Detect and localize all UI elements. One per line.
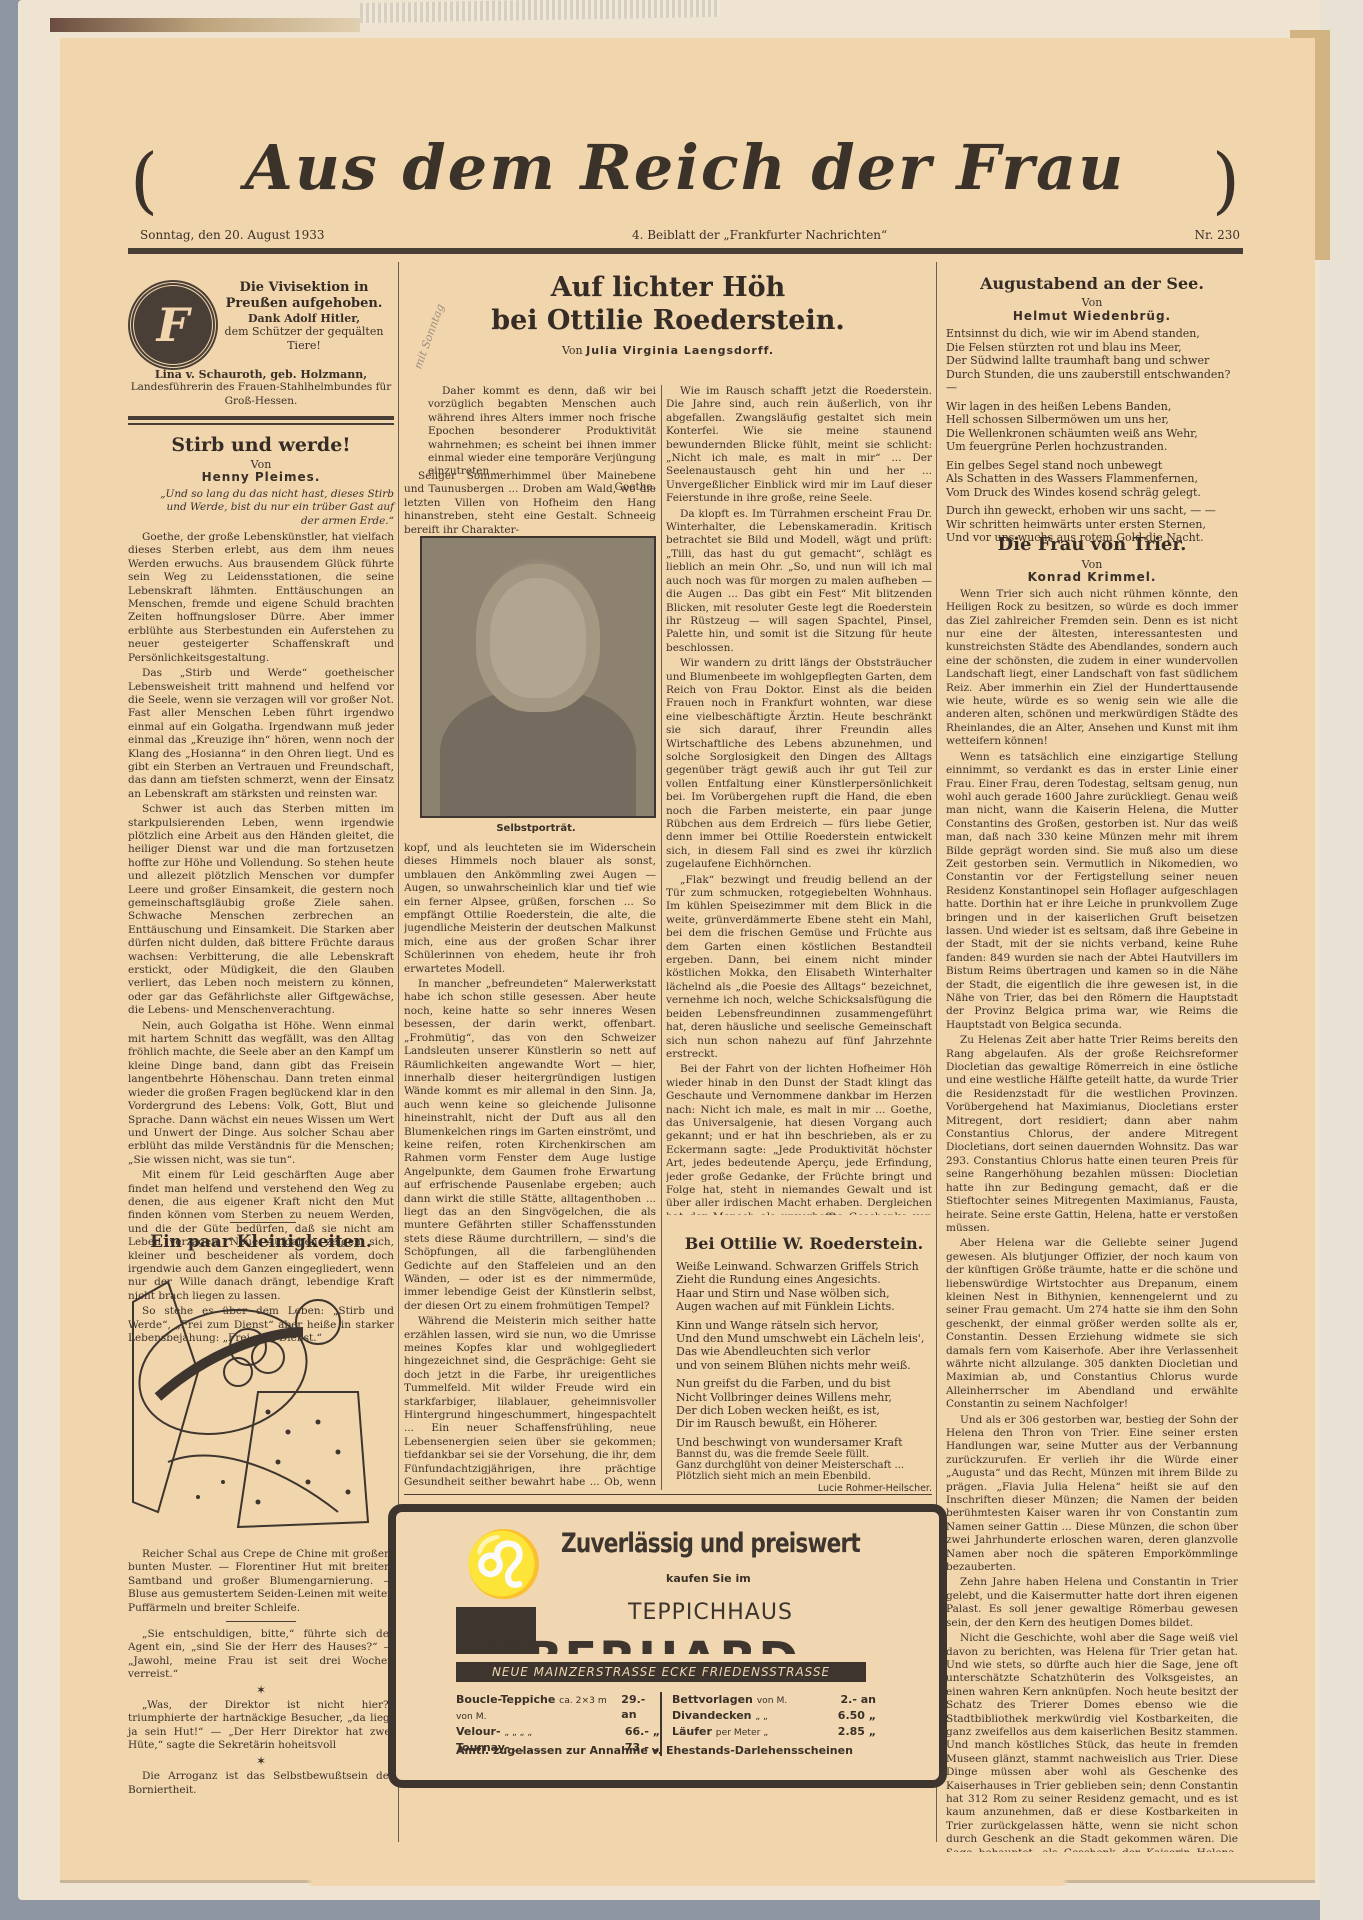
ad-lower-panel: NEUE MAINZERSTRASSE ECKE FRIEDENSSTRASSE… <box>388 1654 947 1788</box>
article-stirb-und-werde: Stirb und werde! Von Henny Pleimes. „Und… <box>128 432 394 1347</box>
vivisection-notice: Die Vivisektion in Preußen aufgehoben. D… <box>214 280 394 352</box>
poem-augustabend: Augustabend an der See. Von Helmut Wiede… <box>946 272 1238 545</box>
price-item: Bettvorlagen <box>672 1693 753 1706</box>
poem-line: Dir im Rausch bewußt, ein Höherer. <box>676 1417 932 1430</box>
paragraph: Goethe, der große Lebenskünstler, hat vi… <box>128 531 394 665</box>
price-row: Läufer per Meter „2.85 „ <box>672 1724 876 1740</box>
fashion-and-jokes: Reicher Schal aus Crepe de Chine mit gro… <box>128 1548 394 1799</box>
byline-author: Julia Virginia Laengsdorff. <box>586 344 774 357</box>
poem-stanza: Kinn und Wange rätseln sich hervor, Und … <box>676 1319 932 1373</box>
paragraph: Das „Stirb und Werde“ goetheischer Leben… <box>128 667 394 801</box>
illustration-caption: Reicher Schal aus Crepe de Chine mit gro… <box>128 1548 394 1615</box>
poem-line: Ein gelbes Segel stand noch unbewegt <box>946 459 1238 473</box>
poem-line: Der Südwind lallte traumhaft bang und sc… <box>946 354 1238 368</box>
poem-stanza: Wir lagen in des heißen Lebens Banden, H… <box>946 400 1238 454</box>
notice-heading-2: Preußen aufgehoben. <box>214 296 394 312</box>
paragraph: Während die Meisterin mich seither hatte… <box>404 1315 656 1487</box>
paragraph: Zehn Jahre haben Helena und Constantin i… <box>946 1576 1238 1630</box>
fashion-title-block: Ein paar Kleinigkeiten. <box>128 1230 394 1254</box>
paragraph: Schwer ist auch das Sterben mitten im st… <box>128 803 394 1018</box>
column-divider <box>661 385 662 1490</box>
price-row: Boucle-Teppiche ca. 2×3 m von M.29.- an <box>456 1692 660 1724</box>
poem-line: Durch ihn geweckt, erhoben wir uns sacht… <box>946 504 1238 518</box>
poem-line: Haar und Stirn und Nase wölben sich, <box>676 1287 932 1300</box>
price-row: Bettvorlagen von M.2.- an <box>672 1692 876 1708</box>
ad-shop-type: TEPPICHHAUS <box>628 1600 793 1625</box>
price-item: Velour- <box>456 1725 501 1738</box>
paragraph: Nicht die Geschichte, wohl aber die Sage… <box>946 1632 1238 1852</box>
poem-line: Entsinnst du dich, wie wir im Abend stan… <box>946 327 1238 341</box>
article-roederstein-header: Auf lichter Höh bei Ottilie Roederstein.… <box>404 272 932 357</box>
price-value: 66.- „ <box>625 1724 660 1740</box>
ad-footer: Amtl. zugelassen zur Annahme v. Ehestand… <box>456 1744 853 1757</box>
notice-heading-1: Die Vivisektion in <box>214 280 394 296</box>
notice-signature: Lina v. Schauroth, geb. Holzmann, <box>128 368 394 381</box>
ad-subline: kaufen Sie im <box>666 1572 751 1585</box>
lion-logo-icon: ♌ <box>464 1530 544 1600</box>
adjacent-page <box>1320 0 1363 1920</box>
issue-number: Nr. 230 <box>1195 228 1240 248</box>
poem-title: Bei Ottilie W. Roederstein. <box>676 1232 932 1256</box>
masthead: ( Aus dem Reich der Frau ) <box>110 128 1260 208</box>
poem-line: Vom Druck des Windes kosend schräg geleg… <box>946 486 1238 500</box>
paragraph: Zu Helenas Zeit aber hatte Trier Reims b… <box>946 1034 1238 1235</box>
roederstein-col1-cont: kopf, und als leuchteten sie im Widersch… <box>404 842 656 1487</box>
article-title-line-2: bei Ottilie Roederstein. <box>404 304 932 338</box>
ad-headline: Zuverlässig und preiswert <box>561 1528 860 1559</box>
price-item: Divandecken <box>672 1709 752 1722</box>
byline-von: Von <box>128 458 394 471</box>
dateline: Sonntag, den 20. August 1933 4. Beiblatt… <box>140 228 1240 248</box>
roederstein-col1-intro: Seliger Sommerhimmel über Mainebene und … <box>404 470 656 539</box>
poem-line: Augen wachen auf mit Fünklein Lichts. <box>676 1300 932 1313</box>
joke-2: „Was, der Direktor ist nicht hier?“ triu… <box>128 1699 394 1753</box>
price-row: Divandecken „ „6.50 „ <box>672 1708 876 1724</box>
price-detail: „ „ <box>755 1711 767 1722</box>
section-rule <box>128 416 394 420</box>
poem-line: Nun greifst du die Farben, und du bist <box>676 1377 932 1390</box>
star-separator: ✶ <box>128 1755 394 1768</box>
paragraph: In mancher „befreundeten“ Malerwerkstatt… <box>404 978 656 1313</box>
photo-caption: Selbstporträt. <box>420 823 652 834</box>
byline-von: Von <box>562 344 583 357</box>
byline-von: Von <box>946 296 1238 310</box>
poem-line: Um feuergrüne Perlen hochzustranden. <box>946 440 1238 454</box>
paragraph: Wir wandern zu dritt längs der Obststräu… <box>666 657 932 872</box>
roederstein-col2: Wie im Rausch schafft jetzt die Roederst… <box>666 385 932 1215</box>
article-frau-von-trier: Die Frau von Trier. Von Konrad Krimmel. … <box>946 532 1238 1852</box>
poem-line: Zieht die Rundung eines Angesichts. <box>676 1273 932 1286</box>
paragraph: Bei der Fahrt von der lichten Hofheimer … <box>666 1063 932 1215</box>
ad-address: NEUE MAINZERSTRASSE ECKE FRIEDENSSTRASSE <box>456 1662 866 1682</box>
notice-line-4: dem Schützer der gequälten Tiere! <box>214 325 394 352</box>
epigraph: „Und so lang du das nicht hast, dieses S… <box>128 488 394 528</box>
byline-von: Von <box>946 558 1238 571</box>
price-detail: „ „ „ „ <box>504 1727 532 1738</box>
article-title-line-1: Auf lichter Höh <box>404 272 932 304</box>
epigraph: Daher kommt es denn, daß wir bei vorzügl… <box>428 385 656 479</box>
poem-line: Durch Stunden, die uns zauberstill entsc… <box>946 368 1238 395</box>
poem-stanza: Weiße Leinwand. Schwarzen Griffels Stric… <box>676 1260 932 1314</box>
byline-author: Henny Pleimes. <box>128 471 394 484</box>
paragraph: Und als er 306 gestorben war, bestieg de… <box>946 1414 1238 1575</box>
paragraph: Wenn es tatsächlich eine einzigartige St… <box>946 751 1238 1033</box>
notice-signature-block: Lina v. Schauroth, geb. Holzmann, Landes… <box>128 368 394 408</box>
poem-line: Wir schritten heimwärts unter ersten Ste… <box>946 518 1238 532</box>
price-detail: per Meter „ <box>716 1727 768 1738</box>
poem-line: Die Felsen stürzten rot und blau ins Mee… <box>946 341 1238 355</box>
paragraph: Da klopft es. Im Türrahmen erscheint Fra… <box>666 508 932 655</box>
poem-title: Augustabend an der See. <box>946 272 1238 296</box>
joke-3: Die Arroganz ist das Selbstbewußtsein de… <box>128 1770 394 1797</box>
short-rule <box>230 1222 296 1223</box>
notice-line-3: Dank Adolf Hitler, <box>214 312 394 325</box>
poem-stanza: Und beschwingt von wundersamer Kraft Ban… <box>676 1436 932 1482</box>
poem-stanza: Nun greifst du die Farben, und du bist N… <box>676 1377 932 1431</box>
ornament-left: ( <box>130 138 158 222</box>
poem-line: Das wie Abendleuchten sich verlor <box>676 1345 932 1358</box>
poem-line: Hell schossen Silbermöwen um uns her, <box>946 413 1238 427</box>
section-rule <box>128 423 394 425</box>
section-title: Ein paar Kleinigkeiten. <box>128 1230 394 1254</box>
price-value: 2.- an <box>841 1692 876 1708</box>
paragraph: Aber Helena war die Geliebte seiner Juge… <box>946 1237 1238 1411</box>
self-portrait-photo <box>420 536 656 818</box>
paragraph: Wenn Trier sich auch nicht rühmen könnte… <box>946 588 1238 749</box>
price-item: Läufer <box>672 1725 712 1738</box>
price-value: 6.50 „ <box>838 1708 876 1724</box>
price-value: 2.85 „ <box>838 1724 876 1740</box>
price-value: 29.- an <box>621 1692 660 1724</box>
poem-line: und von seinem Blühen nichts mehr weiß. <box>676 1359 932 1372</box>
price-detail: von M. <box>757 1695 788 1706</box>
paragraph: Wie im Rausch schafft jetzt die Roederst… <box>666 385 932 506</box>
poem-line: Der dich Loben wecken heißt, es ist, <box>676 1404 932 1417</box>
issue-date: Sonntag, den 20. August 1933 <box>140 228 325 248</box>
poem-stanza: Entsinnst du dich, wie wir im Abend stan… <box>946 327 1238 395</box>
poem-line: Und beschwingt von wundersamer Kraft <box>676 1436 932 1449</box>
article-title: Stirb und werde! <box>128 432 394 458</box>
fashion-illustration <box>128 1262 378 1532</box>
poem-bei-ottilie: Bei Ottilie W. Roederstein. Weiße Leinwa… <box>676 1232 932 1495</box>
poem-line: Wir lagen in des heißen Lebens Banden, <box>946 400 1238 414</box>
poem-stanza: Ein gelbes Segel stand noch unbewegt Als… <box>946 459 1238 500</box>
price-row: Velour- „ „ „ „66.- „ <box>456 1724 660 1740</box>
poem-line: Als Schatten in des Wassers Flammenferne… <box>946 472 1238 486</box>
eberhard-advertisement: ♌ Zuverlässig und preiswert kaufen Sie i… <box>388 1504 947 1670</box>
notice-role: Landesführerin des Frauen-Stahlhelmbunde… <box>128 381 394 408</box>
section-rule <box>404 1494 932 1495</box>
paragraph: kopf, und als leuchteten sie im Widersch… <box>404 842 656 976</box>
price-item: Boucle-Teppiche <box>456 1693 555 1706</box>
poem-line: Weiße Leinwand. Schwarzen Griffels Stric… <box>676 1260 932 1273</box>
paragraph: Nein, auch Golgatha ist Höhe. Wenn einma… <box>128 1020 394 1167</box>
poem-line: Bannst du, was die fremde Seele füllt. <box>676 1449 932 1460</box>
poem-line: Ganz durchglüht von deiner Meisterschaft… <box>676 1460 932 1471</box>
poem-line: Kinn und Wange rätseln sich hervor, <box>676 1319 932 1332</box>
poem-line: Plötzlich sieht mich an mein Ebenbild. <box>676 1471 932 1482</box>
ornament-right: ) <box>1212 138 1240 222</box>
star-separator: ✶ <box>128 1684 394 1697</box>
byline-author: Helmut Wiedenbrüg. <box>946 310 1238 324</box>
logo-letter: F <box>157 298 190 352</box>
frauen-logo: F <box>130 282 216 368</box>
poem-line: Nicht Vollbringer deines Willens mehr, <box>676 1391 932 1404</box>
poem-line: Die Wellenkronen schäumten weiß ans Wehr… <box>946 427 1238 441</box>
poem-line: Und den Mund umschwebt ein Lächeln leis'… <box>676 1332 932 1345</box>
masthead-rule <box>128 248 1243 254</box>
article-title: Die Frau von Trier. <box>946 532 1238 558</box>
paragraph: Seliger Sommerhimmel über Mainebene und … <box>404 470 656 537</box>
short-rule <box>226 1621 296 1622</box>
joke-1: „Sie entschuldigen, bitte,“ führte sich … <box>128 1628 394 1682</box>
masthead-title: Aus dem Reich der Frau <box>245 131 1126 204</box>
supplement-label: 4. Beiblatt der „Frankfurter Nachrichten… <box>632 228 887 248</box>
byline-author: Konrad Krimmel. <box>946 571 1238 584</box>
paragraph: „Flak“ bezwingt und freudig bellend an d… <box>666 874 932 1062</box>
torn-paper-strip <box>50 18 360 32</box>
